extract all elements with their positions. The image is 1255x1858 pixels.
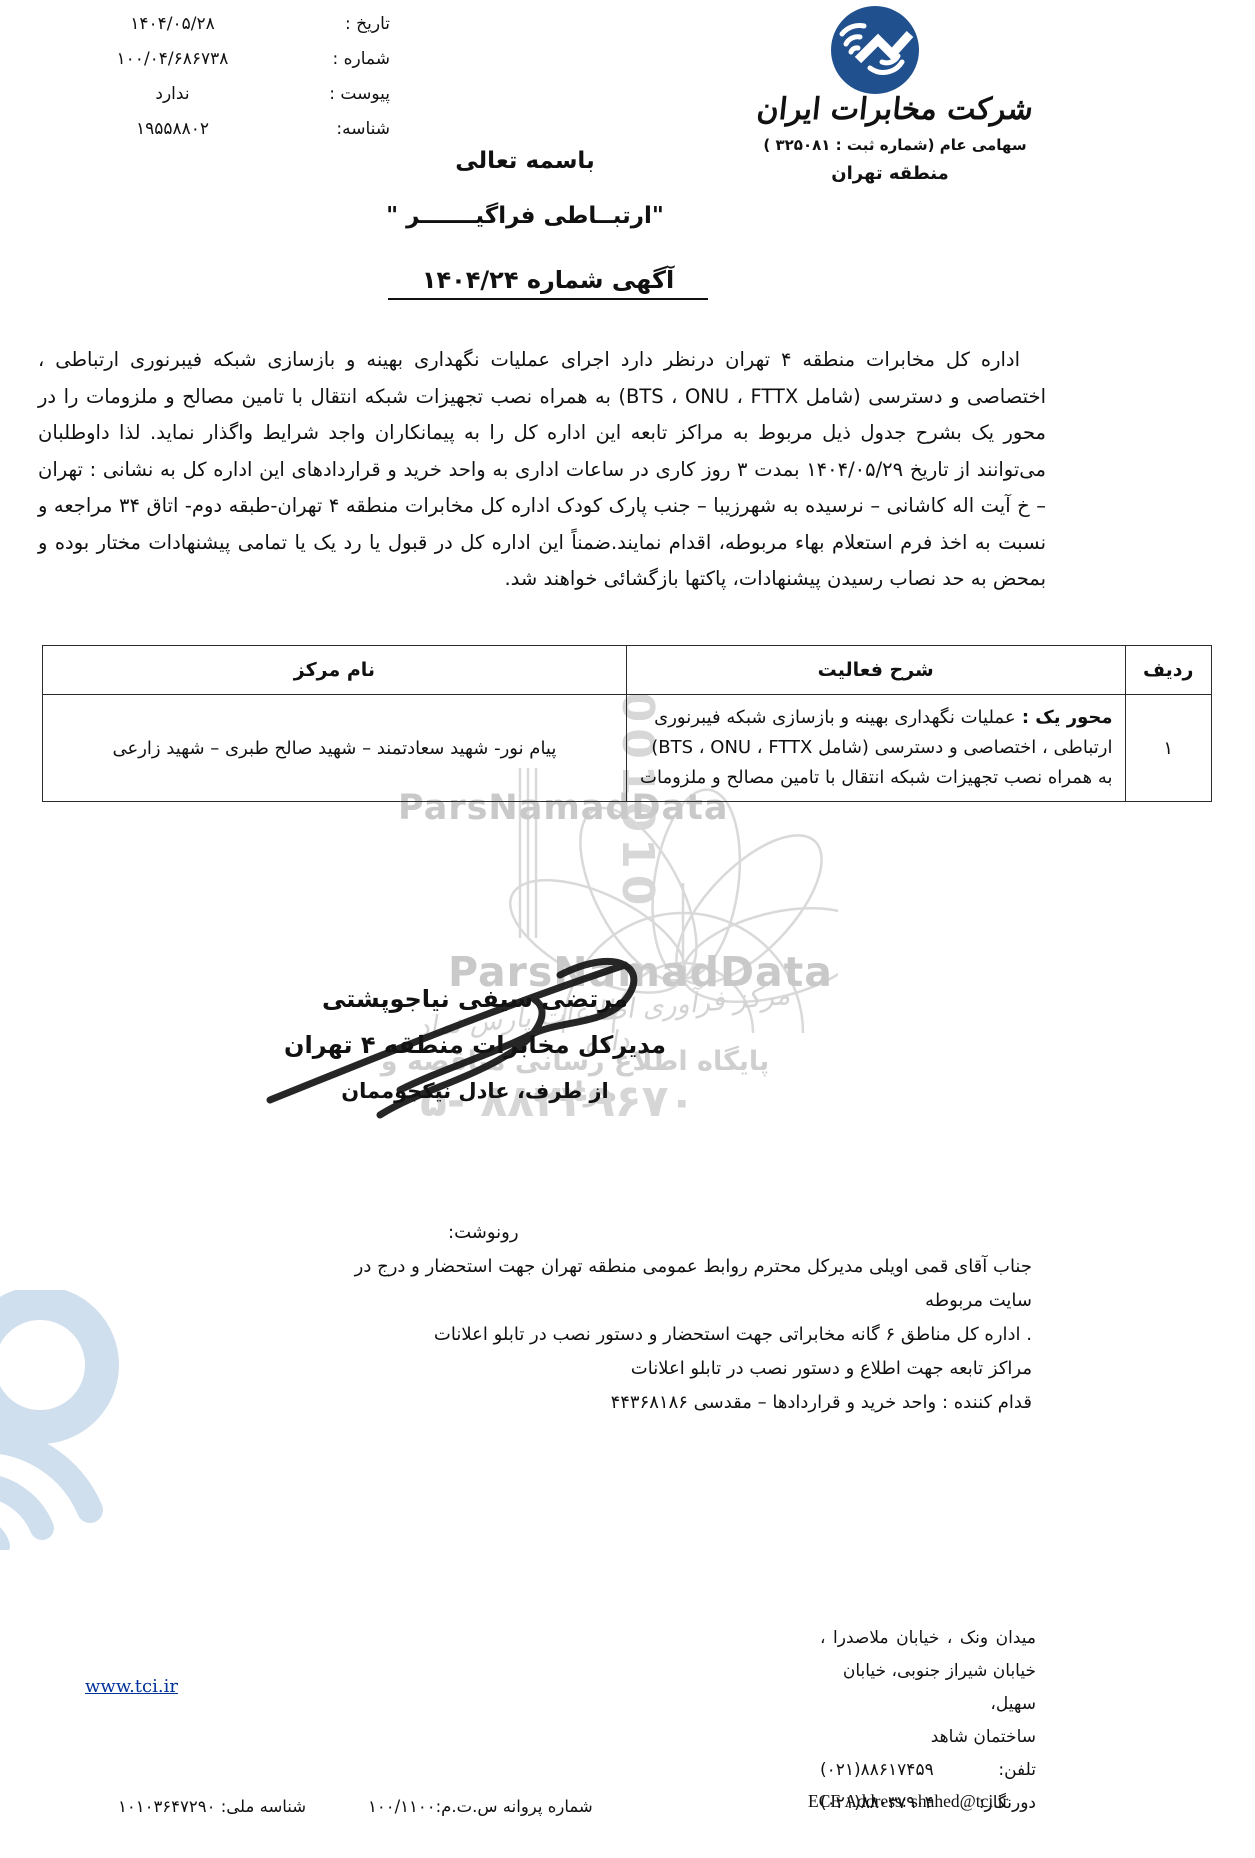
bismillah-heading: باسمه تعالی bbox=[420, 148, 630, 174]
tci-logo-watermark-icon bbox=[0, 1290, 160, 1550]
phone-row: تلفن: (۰۲۱)۸۸۶۱۷۴۵۹ bbox=[820, 1754, 1036, 1787]
notice-title: آگهی شماره ۱۴۰۴/۲۴ bbox=[388, 266, 708, 300]
cc-item: مراکز تابعه جهت اطلاع و دستور نصب در تاب… bbox=[422, 1352, 1032, 1386]
date-value: ۱۴۰۴/۰۵/۲۸ bbox=[55, 14, 290, 34]
slogan-heading: "ارتبــاطی فراگیـــــــر " bbox=[360, 203, 690, 229]
cc-item: قدام کننده : واحد خرید و قراردادها – مقد… bbox=[360, 1386, 1032, 1420]
letter-page: 0001010 ParsNamadData ParsNamadData مرکز… bbox=[0, 0, 1255, 1858]
cc-block: رونوشت: جناب آقای قمی اویلی مدیرکل محترم… bbox=[330, 1216, 1032, 1420]
phone-value: (۰۲۱)۸۸۶۱۷۴۵۹ bbox=[820, 1754, 934, 1787]
col-header-activity: شرح فعالیت bbox=[626, 646, 1125, 695]
ece-address: ECE Address: shahed@tci.ir bbox=[808, 1791, 1008, 1812]
letter-meta-block: تاریخ : ۱۴۰۴/۰۵/۲۸ شماره : ۱۰۰/۰۴/۶۸۶۷۳۸… bbox=[55, 14, 390, 154]
attachment-value: ندارد bbox=[55, 84, 290, 104]
cc-item: جناب آقای قمی اویلی مدیرکل محترم روابط ع… bbox=[330, 1250, 1032, 1318]
tender-table: ردیف شرح فعالیت نام مرکز ۱ محور یک : عمل… bbox=[42, 645, 1212, 802]
col-header-row-no: ردیف bbox=[1125, 646, 1211, 695]
tci-logo-icon bbox=[818, 4, 932, 96]
attachment-label: پیوست : bbox=[290, 84, 390, 104]
table-header-row: ردیف شرح فعالیت نام مرکز bbox=[43, 646, 1212, 695]
table-row: ۱ محور یک : عملیات نگهداری بهینه و بازسا… bbox=[43, 695, 1212, 802]
id-value: ۱۹۵۵۸۸۰۲ bbox=[55, 119, 290, 139]
meta-number-row: شماره : ۱۰۰/۰۴/۶۸۶۷۳۸ bbox=[55, 49, 390, 69]
website-link[interactable]: www.tci.ir bbox=[85, 1676, 178, 1697]
activity-prefix: محور یک : bbox=[1016, 707, 1113, 728]
company-name: شرکت مخابرات ایران bbox=[733, 92, 1057, 127]
meta-date-row: تاریخ : ۱۴۰۴/۰۵/۲۸ bbox=[55, 14, 390, 34]
address-line: ساختمان شاهد bbox=[820, 1721, 1036, 1754]
col-header-center: نام مرکز bbox=[43, 646, 627, 695]
row-no-cell: ۱ bbox=[1125, 695, 1211, 802]
region-name: منطقه تهران bbox=[795, 163, 985, 184]
license-number: شماره پروانه س.ت.م:۱۰۰/۱۱۰۰ bbox=[368, 1797, 593, 1816]
date-label: تاریخ : bbox=[290, 14, 390, 34]
meta-attachment-row: پیوست : ندارد bbox=[55, 84, 390, 104]
address-line: خیابان شیراز جنوبی، خیابان سهیل، bbox=[820, 1655, 1036, 1721]
company-registration: سهامی عام (شماره ثبت : ۳۲۵۰۸۱ ) bbox=[730, 136, 1060, 154]
center-name-cell: پیام نور- شهید سعادتمند – شهید صالح طبری… bbox=[43, 695, 627, 802]
signature-scribble-icon bbox=[230, 940, 730, 1140]
cc-label: رونوشت: bbox=[448, 1216, 1032, 1250]
phone-label: تلفن: bbox=[998, 1754, 1036, 1787]
cc-item: . اداره کل مناطق ۶ گانه مخابراتی جهت است… bbox=[356, 1318, 1032, 1352]
address-line: میدان ونک ، خیابان ملاصدرا ، bbox=[820, 1622, 1036, 1655]
number-value: ۱۰۰/۰۴/۶۸۶۷۳۸ bbox=[55, 49, 290, 69]
national-id: شناسه ملی: ۱۰۱۰۳۶۴۷۲۹۰ bbox=[118, 1797, 306, 1816]
meta-id-row: شناسه: ۱۹۵۵۸۸۰۲ bbox=[55, 119, 390, 139]
id-label: شناسه: bbox=[290, 119, 390, 139]
number-label: شماره : bbox=[290, 49, 390, 69]
activity-cell: محور یک : عملیات نگهداری بهینه و بازسازی… bbox=[626, 695, 1125, 802]
notice-body-paragraph: اداره کل مخابرات منطقه ۴ تهران درنظر دار… bbox=[38, 342, 1046, 598]
